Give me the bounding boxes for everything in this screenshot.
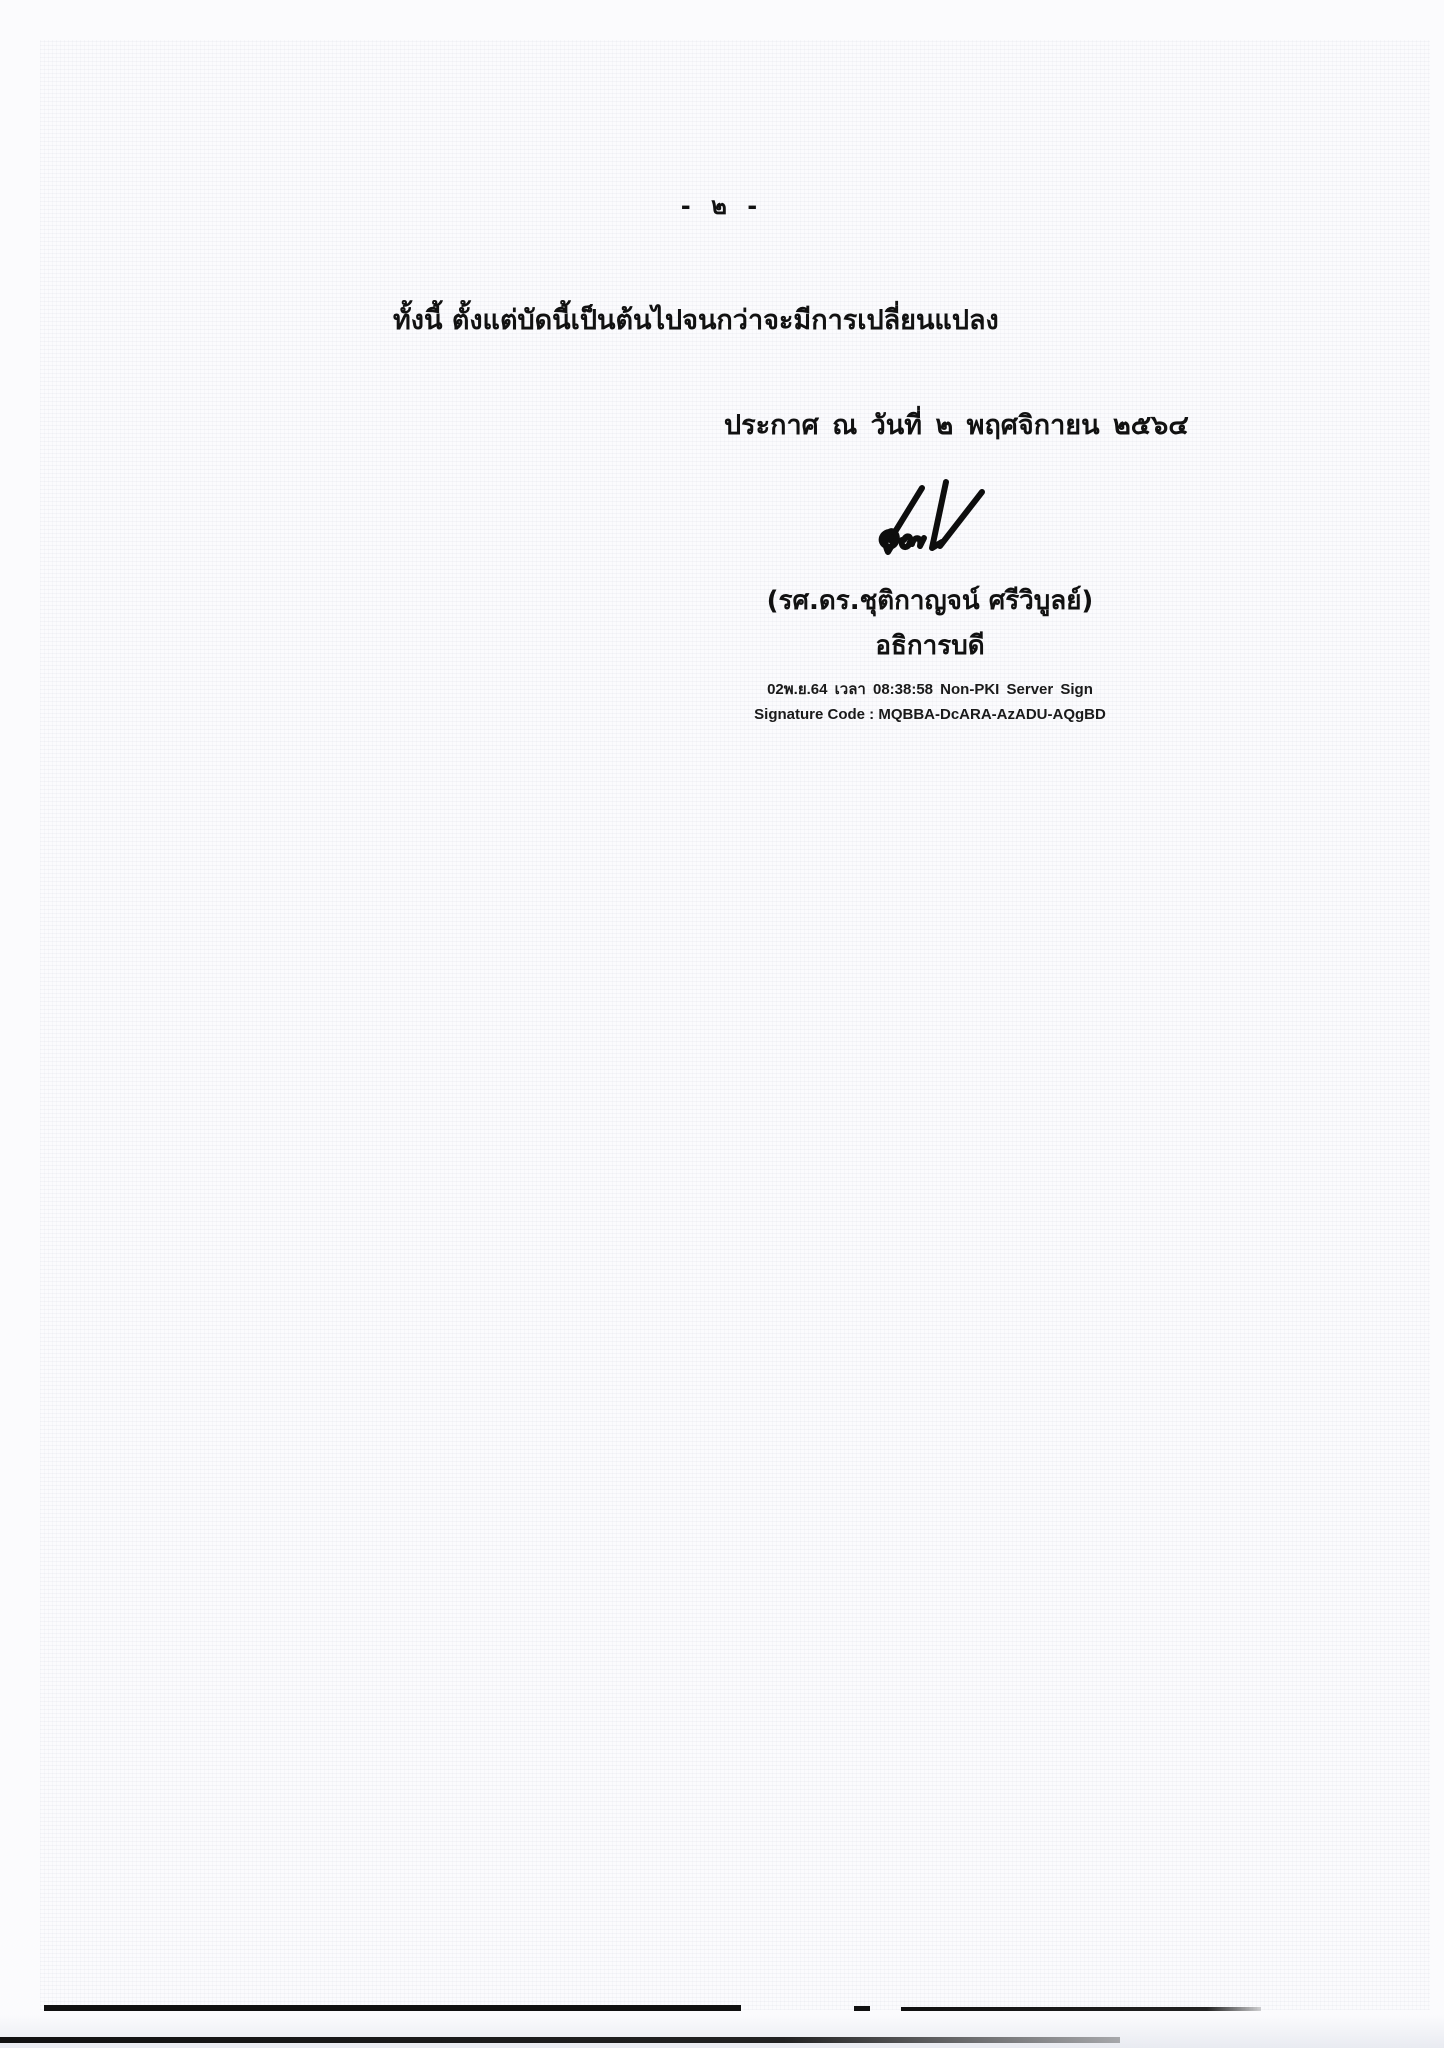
signer-name: (รศ.ดร.ชุติกาญจน์ ศรีวิบูลย์) (730, 580, 1130, 621)
signature-code: Signature Code : MQBBA-DcARA-AzADU-AQgBD (730, 706, 1130, 723)
footer-rule-dash (854, 2006, 870, 2011)
bottom-edge-rule (0, 2037, 1120, 2043)
footer-rule-left (44, 2005, 741, 2011)
handwritten-signature-icon (860, 470, 1010, 570)
scan-shadow (0, 2015, 1444, 2048)
announcement-date: ประกาศ ณ วันที่ ๒ พฤศจิกายน ๒๕๖๔ (724, 403, 1189, 446)
page-number: - ๒ - (0, 186, 1444, 225)
footer-rule-right (901, 2007, 1261, 2011)
body-text: ทั้งนี้ ตั้งแต่บัดนี้เป็นต้นไปจนกว่าจะมี… (393, 298, 999, 341)
signature-timestamp: 02พ.ย.64 เวลา 08:38:58 Non-PKI Server Si… (730, 677, 1130, 701)
signer-position: อธิการบดี (730, 625, 1130, 666)
